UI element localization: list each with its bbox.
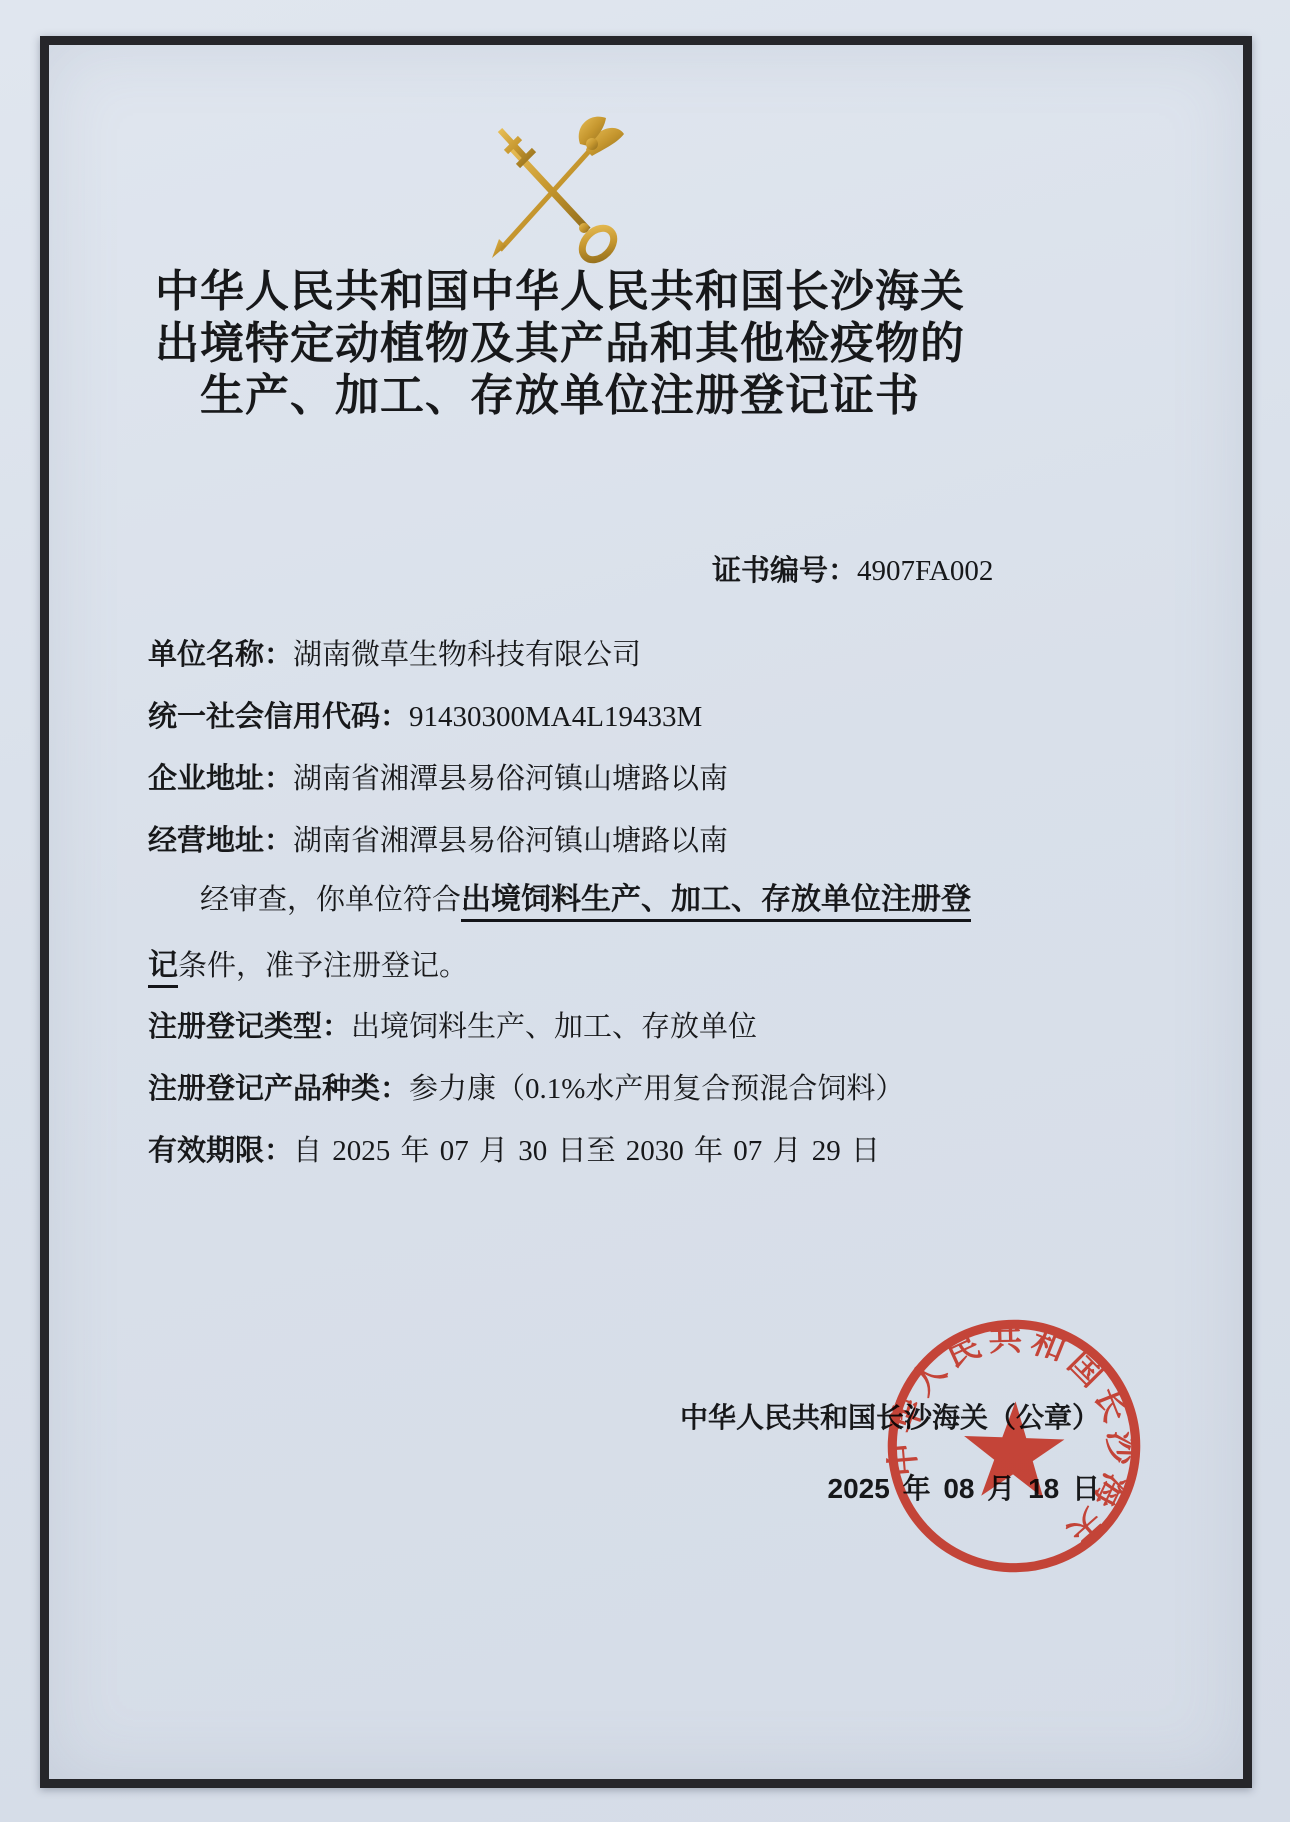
statement-normal-text: 条件，准予注册登记。	[178, 950, 468, 982]
field-value: 自 2025 年 07 月 30 日至 2030 年 07 月 29 日	[293, 1135, 880, 1167]
title-line-3: 生产、加工、存放单位注册登记证书	[80, 370, 1040, 422]
field-label: 有效期限：	[148, 1135, 293, 1167]
field-label: 单位名称：	[148, 639, 293, 671]
field-label: 统一社会信用代码：	[148, 701, 409, 733]
field-row-company-name: 单位名称：湖南微草生物科技有限公司	[148, 632, 641, 673]
certificate-page: 中华人民共和国中华人民共和国长沙海关 出境特定动植物及其产品和其他检疫物的 生产…	[0, 0, 1290, 1822]
field-row-product-category: 注册登记产品种类：参力康（0.1%水产用复合预混合饲料）	[148, 1066, 904, 1107]
field-row-registration-type: 注册登记类型：出境饲料生产、加工、存放单位	[148, 1004, 757, 1045]
field-value: 湖南微草生物科技有限公司	[293, 639, 641, 671]
statement-line-2: 记条件，准予注册登记。	[148, 940, 1018, 984]
field-value: 湖南省湘潭县易俗河镇山塘路以南	[293, 825, 728, 857]
statement-underlined-text: 记	[148, 949, 178, 988]
field-value: 91430300MA4L19433M	[409, 701, 702, 733]
statement-line-1: 经审查，你单位符合出境饲料生产、加工、存放单位注册登	[148, 874, 1018, 918]
certificate-number-label: 证书编号：	[712, 555, 857, 587]
winged-staff-icon	[492, 117, 624, 258]
field-label: 注册登记产品种类：	[148, 1073, 409, 1105]
field-label: 企业地址：	[148, 763, 293, 795]
statement-normal-text: 经审查，你单位符合	[200, 884, 461, 916]
title-line-2: 出境特定动植物及其产品和其他检疫物的	[80, 318, 1040, 370]
field-label: 经营地址：	[148, 825, 293, 857]
statement-underlined-text: 出境饲料生产、加工、存放单位注册登	[461, 883, 971, 922]
field-value: 参力康（0.1%水产用复合预混合饲料）	[409, 1073, 904, 1105]
certificate-number-value: 4907FA002	[857, 555, 993, 587]
official-seal-stamp: 中华人民共和国长沙海关	[867, 1299, 1161, 1593]
field-row-validity-period: 有效期限：自 2025 年 07 月 30 日至 2030 年 07 月 29 …	[148, 1128, 880, 1169]
field-value: 出境饲料生产、加工、存放单位	[351, 1011, 757, 1043]
field-row-credit-code: 统一社会信用代码：91430300MA4L19433M	[148, 694, 702, 735]
seal-star-icon	[962, 1400, 1066, 1499]
field-row-company-address: 企业地址：湖南省湘潭县易俗河镇山塘路以南	[148, 756, 728, 797]
field-row-business-address: 经营地址：湖南省湘潭县易俗河镇山塘路以南	[148, 818, 728, 859]
field-value: 湖南省湘潭县易俗河镇山塘路以南	[293, 763, 728, 795]
title-line-1: 中华人民共和国中华人民共和国长沙海关	[80, 266, 1040, 318]
certificate-number-row: 证书编号：4907FA002	[712, 548, 993, 589]
field-label: 注册登记类型：	[148, 1011, 351, 1043]
customs-emblem-icon	[470, 116, 630, 268]
certificate-title: 中华人民共和国中华人民共和国长沙海关 出境特定动植物及其产品和其他检疫物的 生产…	[80, 266, 1040, 422]
